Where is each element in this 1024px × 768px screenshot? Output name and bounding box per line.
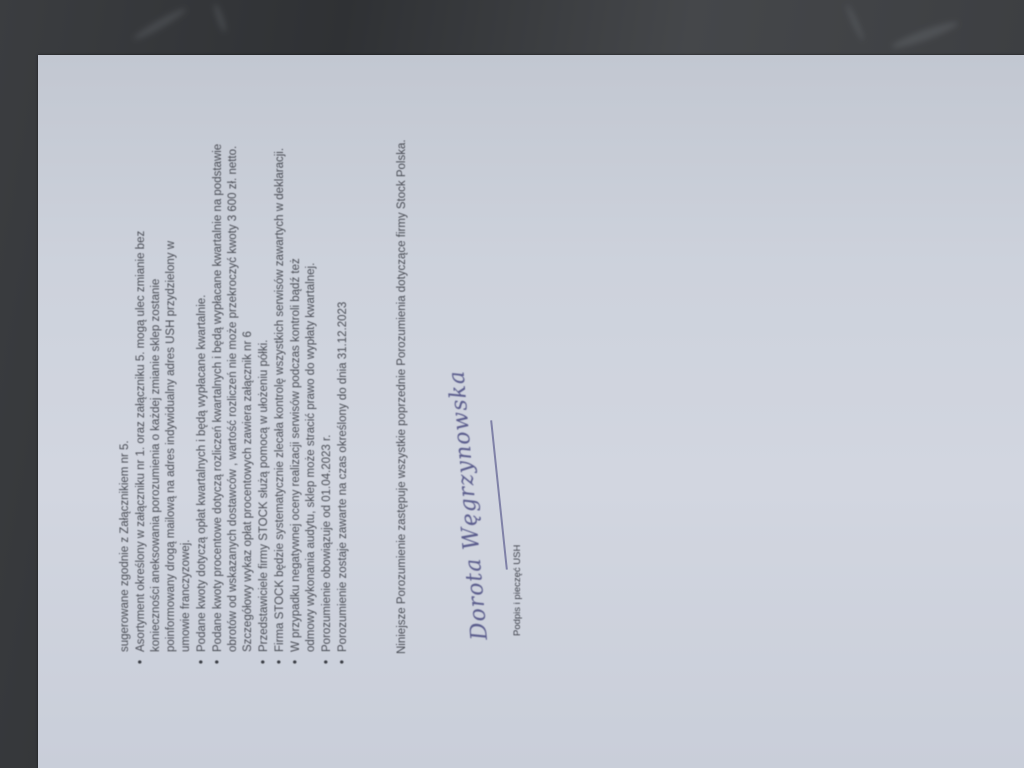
background-glare: [890, 18, 959, 51]
bullet-item: Firma STOCK będzie systematycznie zlecał…: [273, 104, 288, 664]
handwritten-signature: Dorota Węgrzynowska: [444, 369, 493, 641]
bullet-item: Podane kwoty procentowe dotyczą rozlicze…: [211, 104, 256, 664]
background-glare: [132, 6, 188, 43]
bullet-item: W przypadku negatywnej oceny realizacji …: [289, 104, 319, 664]
bullet-item: Porozumienie obowiązuje od 01.04.2023 r.: [320, 104, 335, 664]
bullet-line: odmowy wykonania audytu, sklep może stra…: [304, 104, 319, 652]
signature-block: Dorota Węgrzynowska Podpis i pieczęć USH: [468, 340, 538, 640]
bullet-line: Firma STOCK będzie systematycznie zlecał…: [273, 104, 288, 652]
background-glare: [212, 3, 228, 33]
bullet-line: Porozumienie zostaje zawarte na czas okr…: [336, 104, 351, 652]
closing-statement: Niniejsze Porozumienie zastępuje wszystk…: [396, 139, 408, 654]
document-page: sugerowane zgodnie z Załącznikiem nr 5. …: [38, 55, 1024, 768]
bullet-line: Przedstawiciele firmy STOCK służą pomocą…: [257, 104, 272, 652]
intro-line: sugerowane zgodnie z Załącznikiem nr 5.: [118, 104, 133, 664]
bullet-line: Porozumienie obowiązuje od 01.04.2023 r.: [320, 104, 335, 652]
bullet-line: Asortyment określony w załączniku nr 1. …: [134, 104, 149, 652]
bullet-item: Porozumienie zostaje zawarte na czas okr…: [336, 104, 351, 664]
bullet-line: konieczności aneksowania porozumienia o …: [149, 104, 164, 652]
document-body: sugerowane zgodnie z Załącznikiem nr 5. …: [118, 104, 351, 664]
bullet-line: W przypadku negatywnej oceny realizacji …: [289, 104, 304, 652]
bullet-line: umowie franczyzowej.: [179, 104, 194, 652]
bullet-line: Podane kwoty dotyczą opłat kwartalnych i…: [195, 104, 210, 652]
bullet-line: Szczegółowy wykaz opłat procentowych zaw…: [241, 104, 256, 652]
signature-stroke: [490, 420, 507, 569]
bullet-line: Podane kwoty procentowe dotyczą rozlicze…: [211, 104, 226, 652]
bullet-item: Asortyment określony w załączniku nr 1. …: [134, 104, 194, 664]
bullet-line: poinformowany drogą mailową na adres ind…: [164, 104, 179, 652]
background-glare: [844, 3, 865, 41]
bullet-item: Przedstawiciele firmy STOCK służą pomocą…: [257, 104, 272, 664]
bullet-list: Asortyment określony w załączniku nr 1. …: [134, 104, 351, 664]
bullet-line: obrotów od wskazanych dostawców , wartoś…: [226, 104, 241, 652]
signature-label: Podpis i pieczęć USH: [512, 545, 523, 636]
bullet-item: Podane kwoty dotyczą opłat kwartalnych i…: [195, 104, 210, 664]
